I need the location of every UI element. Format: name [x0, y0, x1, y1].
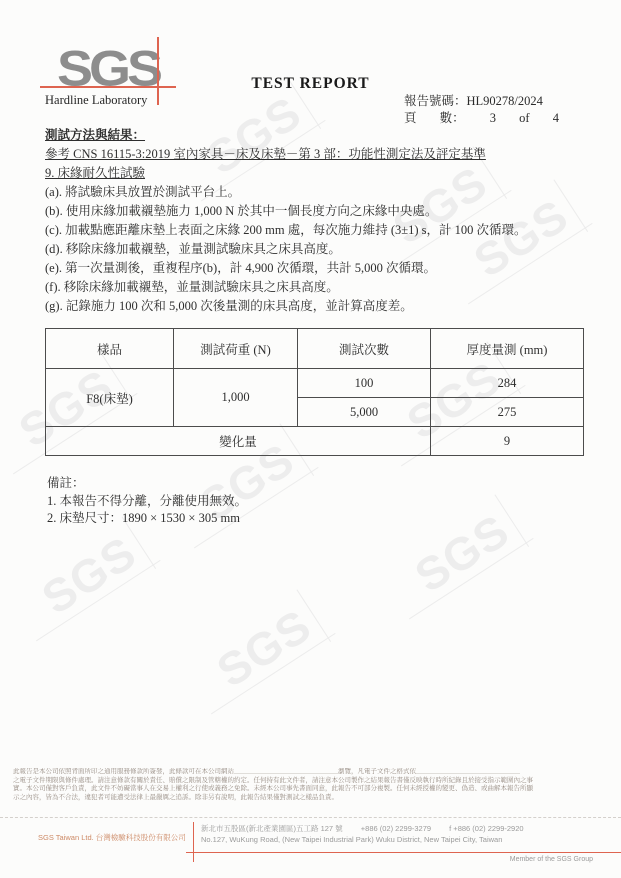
change-value-cell: 9 — [431, 427, 584, 456]
note-item: 2. 床墊尺寸：1890 × 1530 × 305 mm — [47, 510, 247, 528]
disclaimer-line: 此報告是本公司依照背面所印之通用服務條款所簽發，此條款可在本公司網站＿＿＿＿＿＿… — [13, 768, 613, 777]
lab-name: Hardline Laboratory — [45, 93, 147, 108]
procedure-step: (f). 移除床緣加載襯墊，並量測試驗床具之床具高度。 — [45, 278, 590, 297]
thickness-cell: 275 — [431, 398, 584, 427]
sgs-watermark: SGS — [382, 497, 533, 620]
disclaimer-line: 之電子文件期限與條件處理。請注意條款有關於責任、賠償之限制及管轄權的約定。任何持… — [13, 777, 613, 786]
sgs-watermark: SGS — [9, 519, 160, 642]
load-cell: 1,000 — [174, 369, 298, 427]
cycles-cell: 5,000 — [298, 398, 431, 427]
table-header-cycles: 測試次數 — [298, 329, 431, 369]
table-row: F8(床墊) 1,000 100 284 — [46, 369, 584, 398]
table-header-load: 測試荷重 (N) — [174, 329, 298, 369]
results-table: 樣品 測試荷重 (N) 測試次數 厚度量測 (mm) F8(床墊) 1,000 … — [45, 328, 584, 456]
logo-crosshair-vertical-line — [157, 37, 159, 105]
sgs-watermark-text: SGS — [33, 526, 145, 624]
test-method-section: 測試方法與結果： 參考 CNS 16115-3:2019 室內家具－床及床墊－第… — [45, 126, 590, 316]
fax-number: f +886 (02) 2299-2920 — [449, 824, 523, 833]
address-line-zh: 新北市五股區(新北產業園區)五工路 127 號 +886 (02) 2299-3… — [201, 823, 540, 834]
report-info: 報告號碼：HL90278/2024 頁 數： 3 of 4 — [404, 93, 559, 127]
method-heading: 測試方法與結果： — [45, 126, 590, 145]
thickness-cell: 284 — [431, 369, 584, 398]
disclaimer-line: 示之內容，皆為不合法，違犯者可能遭受法律上最嚴厲之追訴。除非另有說明，此報告結果… — [13, 794, 613, 803]
footer-vertical-line — [193, 822, 194, 862]
page-total: 4 — [553, 110, 559, 127]
page-label: 頁 — [404, 110, 417, 127]
report-number: 報告號碼：HL90278/2024 — [404, 93, 559, 110]
member-of-sgs-group: Member of the SGS Group — [510, 856, 593, 863]
reference-standard: 參考 CNS 16115-3:2019 室內家具－床及床墊－第 3 部：功能性測… — [45, 145, 590, 164]
sgs-watermark-text: SGS — [208, 599, 320, 697]
company-name: SGS Taiwan Ltd. 台灣檢驗科技股份有限公司 — [38, 832, 186, 843]
table-header-thickness: 厚度量測 (mm) — [431, 329, 584, 369]
procedure-step: (c). 加載點應距離床墊上表面之床緣 200 mm 處，每次施力維持 (3±1… — [45, 221, 590, 240]
table-header-sample: 樣品 — [46, 329, 174, 369]
procedure-step: (a). 將試驗床具放置於測試平台上。 — [45, 183, 590, 202]
page-current: 3 — [490, 110, 496, 127]
footer-address: 新北市五股區(新北產業園區)五工路 127 號 +886 (02) 2299-3… — [201, 823, 540, 845]
note-item: 1. 本報告不得分離，分離使用無效。 — [47, 493, 247, 511]
page-title: TEST REPORT — [0, 75, 621, 93]
report-page: SGS SGS SGS SGS SGS SGS SGS SGS SGS SGS … — [0, 0, 621, 878]
change-label-cell: 變化量 — [46, 427, 431, 456]
table-change-row: 變化量 9 — [46, 427, 584, 456]
notes-heading: 備註： — [47, 475, 247, 493]
page-number: 頁 數： 3 of 4 — [404, 110, 559, 127]
footer-divider-line — [0, 817, 621, 818]
sgs-watermark-text: SGS — [406, 504, 518, 602]
page-label: 數： — [440, 110, 465, 127]
footer-disclaimer: 此報告是本公司依照背面所印之通用服務條款所簽發，此條款可在本公司網站＿＿＿＿＿＿… — [13, 768, 613, 802]
address-zh: 新北市五股區(新北產業園區)五工路 127 號 — [201, 824, 343, 833]
cycles-cell: 100 — [298, 369, 431, 398]
procedure-step: (b). 使用床緣加載襯墊施力 1,000 N 於其中一個長度方向之床緣中央處。 — [45, 202, 590, 221]
address-line-en: No.127, WuKung Road, (New Taipei Industr… — [201, 834, 540, 845]
disclaimer-line: 實。本公司僅對客戶負責，此文件不妨礙當事人在交易上權利之行使或義務之免除。未經本… — [13, 785, 613, 794]
phone-number: +886 (02) 2299-3279 — [361, 824, 431, 833]
procedure-step: (d). 移除床緣加載襯墊，並量測試驗床具之床具高度。 — [45, 240, 590, 259]
test-section-title: 9. 床緣耐久性試驗 — [45, 164, 590, 183]
table-header-row: 樣品 測試荷重 (N) 測試次數 厚度量測 (mm) — [46, 329, 584, 369]
footer-horizontal-line — [186, 852, 621, 853]
sgs-watermark: SGS — [184, 592, 335, 715]
procedure-step: (g). 記錄施力 100 次和 5,000 次後量測的床具高度，並計算高度差。 — [45, 297, 590, 316]
page-of: of — [519, 110, 529, 127]
sample-cell: F8(床墊) — [46, 369, 174, 427]
procedure-step: (e). 第一次量測後，重複程序(b)，計 4,900 次循環，共計 5,000… — [45, 259, 590, 278]
notes-section: 備註： 1. 本報告不得分離，分離使用無效。 2. 床墊尺寸：1890 × 15… — [47, 475, 247, 528]
